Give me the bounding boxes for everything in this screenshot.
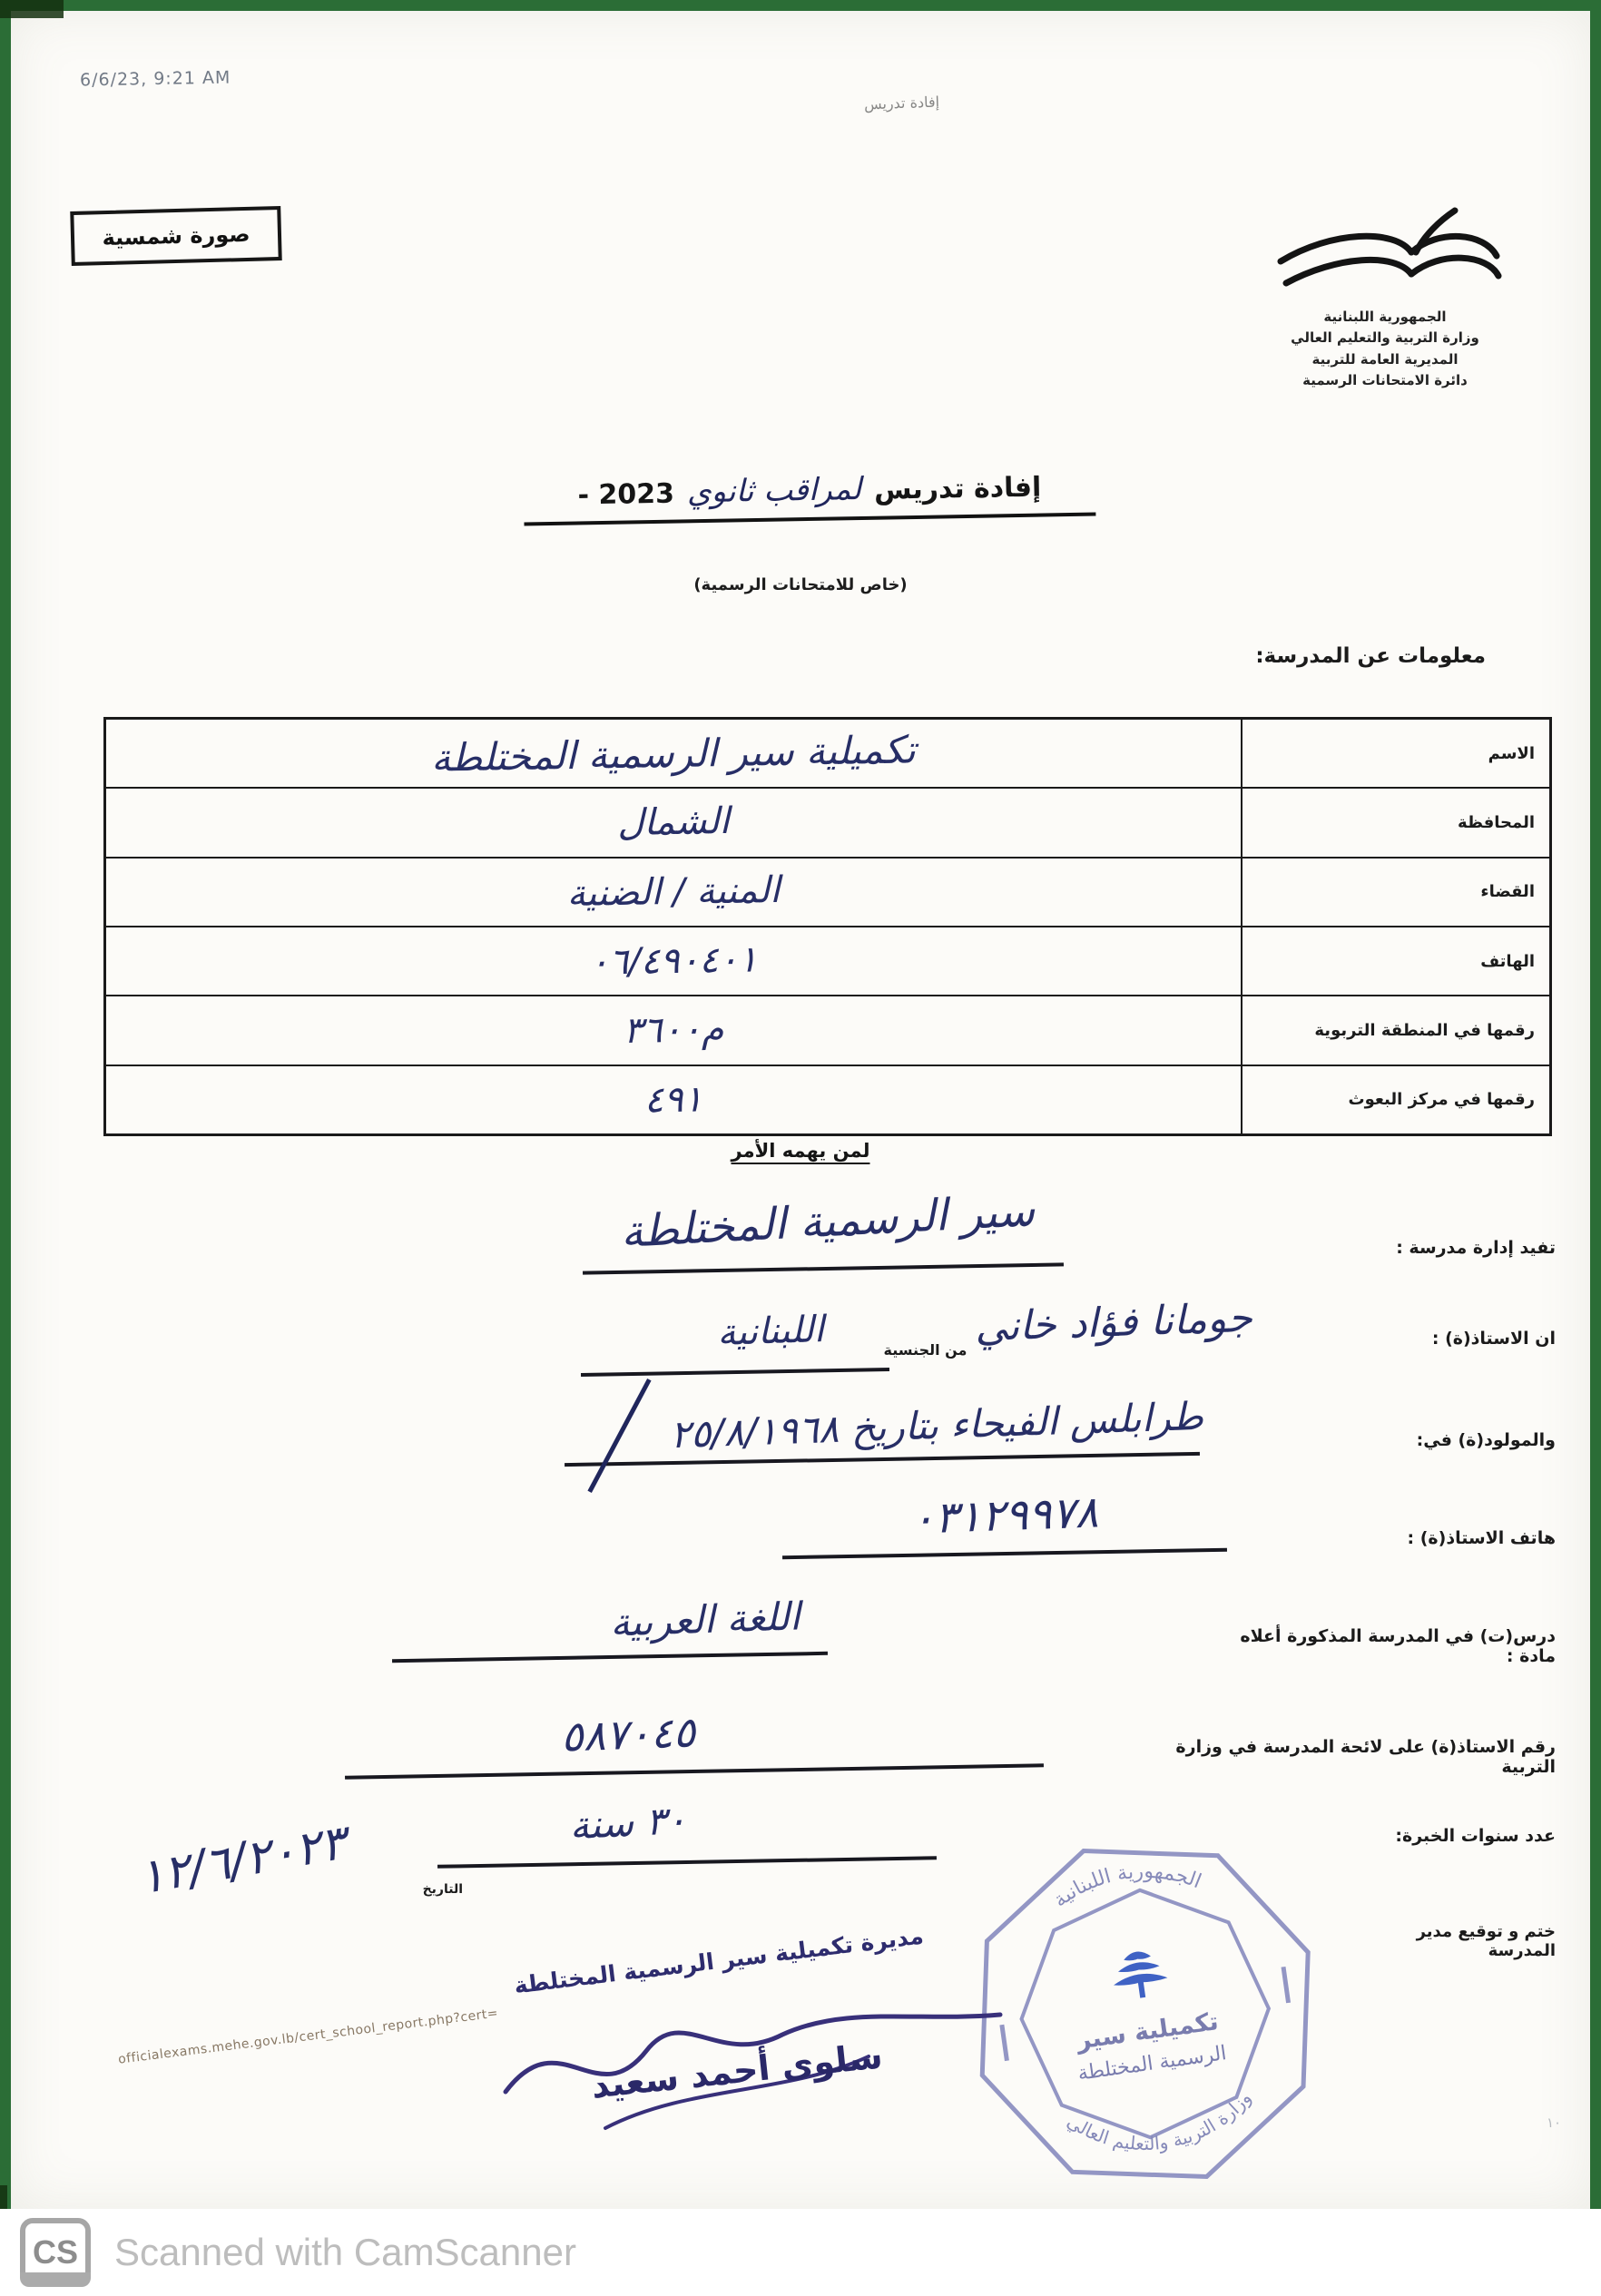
document-title: إفادة تدريس لمراقب ثانوي - 2023 bbox=[524, 467, 1096, 526]
list-number-handwriting: ٥٨٧٠٤٥ bbox=[464, 1704, 792, 1765]
cedar-tree-icon bbox=[1109, 1948, 1170, 2002]
governorate-label: المحافظة bbox=[1241, 789, 1549, 856]
table-row-governorate: الشمال المحافظة bbox=[106, 789, 1549, 858]
teacher-phone-label: هاتف الاستاذ(ة) : bbox=[1370, 1528, 1556, 1548]
subject-label: درس(ت) في المدرسة المذكورة أعلاه مادة : bbox=[1207, 1626, 1556, 1666]
underline-school bbox=[583, 1262, 1064, 1274]
region-number-label: رقمها في المنطقة التربوية bbox=[1241, 996, 1549, 1064]
camscanner-page: { "meta": { "timestamp": "6/6/23, 9:21 A… bbox=[0, 0, 1601, 2296]
photo-box-label: صورة شمسية bbox=[102, 221, 250, 250]
stamp-signature-label: ختم و توقيع مدير المدرسة bbox=[1352, 1922, 1556, 1960]
date-handwriting: ١٢/٦/٢٠٢٣ bbox=[73, 1804, 413, 1916]
certify-school-handwriting: سير الرسمية المختلطة bbox=[573, 1182, 1083, 1260]
table-row-name: تكميلية سير الرسمية المختلطة الاسم bbox=[106, 720, 1549, 789]
print-header-text: إفادة تدريس bbox=[864, 93, 940, 113]
ministry-line-ministry: وزارة التربية والتعليم العالي bbox=[1271, 328, 1499, 348]
nationality-printed-label: من الجنسية bbox=[873, 1341, 977, 1359]
ministry-line-directorate: المديرية العامة للتربية bbox=[1271, 349, 1499, 370]
experience-handwriting: ٣٠ سنة bbox=[500, 1794, 756, 1852]
nationality-handwriting: اللبنانية bbox=[671, 1307, 869, 1356]
table-row-center-number: ٤٩١ رقمها في مركز البعوث bbox=[106, 1066, 1549, 1133]
camscanner-logo-icon: CS bbox=[20, 2218, 91, 2287]
experience-label: عدد سنوات الخبرة: bbox=[1370, 1826, 1556, 1846]
table-row-district: المنية / الضنية القضاء bbox=[106, 859, 1549, 927]
letter-heading: لمن يهمه الأمر bbox=[610, 1140, 991, 1162]
teacher-phone-handwriting: ٠٣١٢٩٩٧٨ bbox=[791, 1483, 1219, 1548]
camscanner-footer-bar: CS Scanned with CamScanner bbox=[0, 2209, 1601, 2296]
underline-subject bbox=[392, 1652, 828, 1663]
certify-school-label: تفيد إدارة مدرسة : bbox=[1352, 1238, 1556, 1258]
school-name-label: الاسم bbox=[1241, 720, 1549, 787]
table-row-region-number: م٣٦٠٠ رقمها في المنطقة التربوية bbox=[106, 996, 1549, 1065]
scan-artifact-top-left bbox=[0, 0, 64, 18]
scanned-paper: 6/6/23, 9:21 AM إفادة تدريس صورة شمسية ا… bbox=[11, 11, 1590, 2209]
underline-nationality bbox=[581, 1368, 889, 1377]
district-label: القضاء bbox=[1241, 859, 1549, 926]
birth-handwriting: طرابلس الفيحاء بتاريخ ٢٥/٨/١٩٦٨ bbox=[555, 1389, 1318, 1460]
birth-label: والمولود(ة) في: bbox=[1390, 1430, 1556, 1450]
scan-timestamp: 6/6/23, 9:21 AM bbox=[80, 68, 231, 91]
subject-handwriting: اللغة العربية bbox=[564, 1593, 847, 1647]
ministry-line-exams-dept: دائرة الامتحانات الرسمية bbox=[1271, 370, 1499, 391]
title-handwritten-text: لمراقب ثانوي bbox=[687, 471, 862, 510]
photo-box: صورة شمسية bbox=[70, 206, 281, 266]
underline-phone bbox=[782, 1548, 1227, 1560]
page-marker: ١٠ bbox=[1547, 2114, 1561, 2131]
school-info-table: تكميلية سير الرسمية المختلطة الاسم الشما… bbox=[103, 717, 1552, 1136]
underline-list-number bbox=[345, 1763, 1044, 1779]
school-info-heading: معلومات عن المدرسة: bbox=[1173, 644, 1486, 668]
school-phone-label: الهاتف bbox=[1241, 927, 1549, 995]
ministry-header: الجمهورية اللبنانية وزارة التربية والتعل… bbox=[1271, 307, 1499, 391]
ministry-book-logo-icon bbox=[1268, 203, 1506, 310]
table-row-phone: ٠٦/٤٩٠٤٠١ الهاتف bbox=[106, 927, 1549, 996]
underline-experience bbox=[437, 1856, 937, 1869]
camscanner-footer-text: Scanned with CamScanner bbox=[114, 2209, 576, 2296]
title-printed-text: إفادة تدريس bbox=[874, 472, 1042, 506]
document-subtitle: (خاص للامتحانات الرسمية) bbox=[646, 575, 955, 594]
list-number-label: رقم الاستاذ(ة) على لائحة المدرسة في وزار… bbox=[1162, 1737, 1556, 1777]
date-printed-label: التاريخ bbox=[407, 1882, 463, 1897]
title-year: - 2023 bbox=[577, 478, 674, 512]
center-number-label: رقمها في مركز البعوث bbox=[1241, 1066, 1549, 1133]
ministry-line-republic: الجمهورية اللبنانية bbox=[1271, 307, 1499, 328]
teacher-label: ان الاستاذ(ة) : bbox=[1372, 1329, 1556, 1349]
